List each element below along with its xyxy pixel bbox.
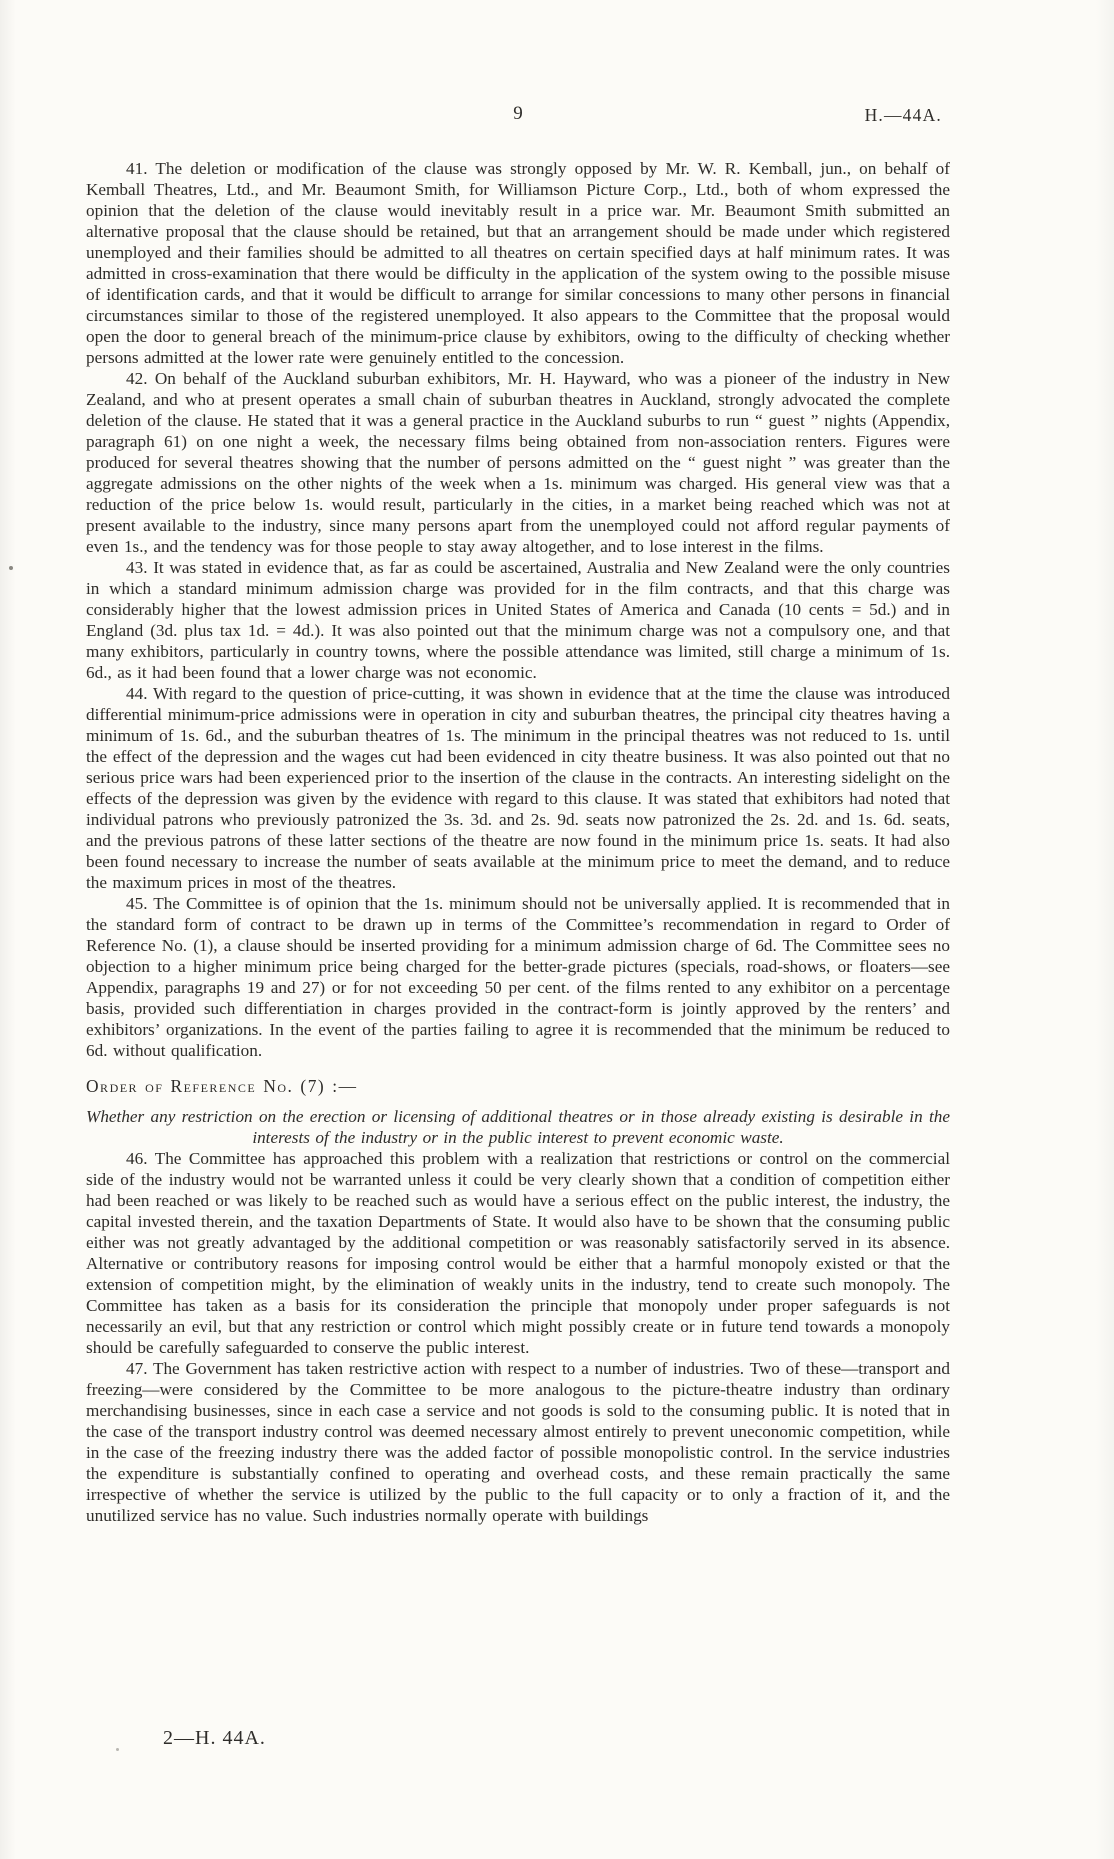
footer-signature-mark: 2—H. 44A. bbox=[163, 1727, 266, 1750]
document-page: 9 H.—44A. 41. The deletion or modificati… bbox=[0, 0, 1114, 1859]
scan-speckle bbox=[116, 1748, 119, 1751]
page-number: 9 bbox=[86, 103, 950, 125]
order-of-reference-7-terms: Whether any restriction on the erection … bbox=[86, 1106, 950, 1148]
paragraph-41: 41. The deletion or modification of the … bbox=[86, 158, 950, 368]
paragraph-46: 46. The Committee has approached this pr… bbox=[86, 1148, 950, 1358]
document-reference: H.—44A. bbox=[865, 105, 942, 126]
paragraph-43: 43. It was stated in evidence that, as f… bbox=[86, 557, 950, 683]
paragraph-47: 47. The Government has taken restrictive… bbox=[86, 1358, 950, 1526]
document-body: 41. The deletion or modification of the … bbox=[86, 158, 950, 1526]
section-heading-order-of-reference-7: Order of Reference No. (7) :— bbox=[86, 1076, 950, 1097]
paragraph-45: 45. The Committee is of opinion that the… bbox=[86, 893, 950, 1061]
scan-speckle bbox=[9, 566, 13, 570]
page-header: 9 H.—44A. bbox=[86, 103, 950, 133]
paragraph-42: 42. On behalf of the Auckland suburban e… bbox=[86, 368, 950, 557]
paragraph-44: 44. With regard to the question of price… bbox=[86, 683, 950, 893]
